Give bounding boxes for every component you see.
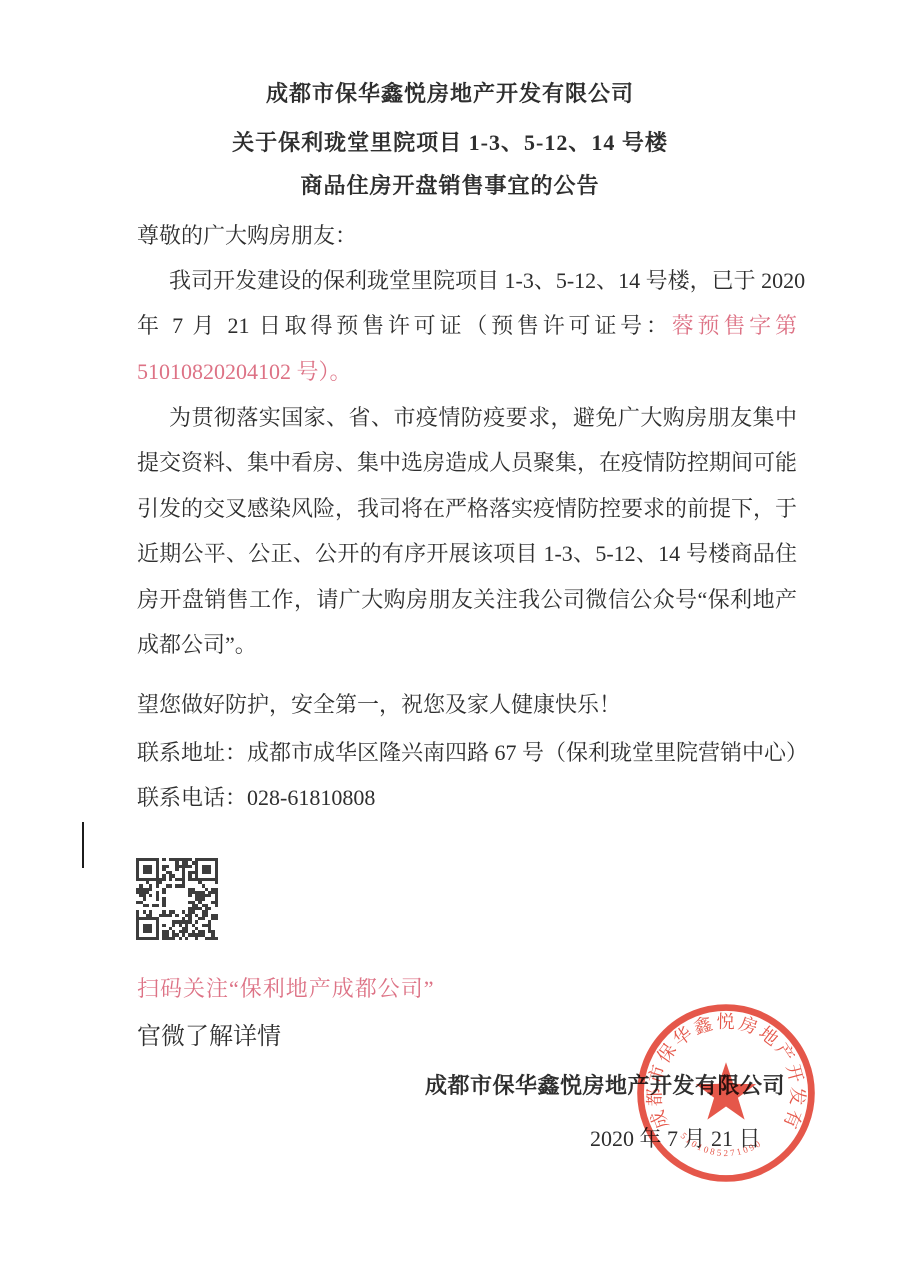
doc-title-subject: 商品住房开盘销售事宜的公告 [0, 172, 900, 200]
presale-license-number-part2: 51010820204102 号）。 [137, 358, 797, 386]
doc-title-company: 成都市保华鑫悦房地产开发有限公司 [0, 80, 900, 108]
para1-line1: 我司开发建设的保利珑堂里院项目 1-3、5-12、14 号楼，已于 2020 [137, 267, 797, 295]
salutation-line: 尊敬的广大购房朋友： [137, 222, 797, 250]
para2-line2: 提交资料、集中看房、集中选房造成人员聚集，在疫情防控期间可能 [137, 449, 797, 477]
announcement-document: 成都市保华鑫悦房地产开发有限公司 关于保利珑堂里院项目 1-3、5-12、14 … [0, 0, 900, 1272]
doc-title-project: 关于保利珑堂里院项目 1-3、5-12、14 号楼 [0, 129, 900, 157]
contact-phone: 联系电话：028-61810808 [137, 784, 797, 812]
para1-line2: 年 7 月 21 日取得预售许可证（预售许可证号：蓉预售字第 [137, 312, 797, 340]
presale-license-number-part1: 蓉预售字第 [672, 313, 797, 338]
para1-line2-black: 年 7 月 21 日取得预售许可证（预售许可证号： [137, 313, 672, 338]
para2-line6: 成都公司”。 [137, 631, 797, 659]
para2-line4: 近期公平、公正、公开的有序开展该项目 1-3、5-12、14 号楼商品住 [137, 540, 797, 568]
qr-detail-label: 官微了解详情 [137, 1022, 281, 1052]
para2-line5: 房开盘销售工作，请广大购房朋友关注我公司微信公众号“保利地产 [137, 586, 797, 614]
qr-scan-label: 扫码关注“保利地产成都公司” [137, 975, 435, 1003]
company-seal: 成都市保华鑫悦房地产开发有限公司 5101085271090 [630, 997, 822, 1189]
seal-number: 5101085271090 [679, 1131, 765, 1159]
qr-code [136, 858, 218, 940]
scan-artifact-line [82, 822, 84, 868]
seal-star-icon [696, 1062, 756, 1119]
seal-ring-text: 成都市保华鑫悦房地产开发有限公司 [630, 997, 808, 1134]
para2-line3: 引发的交叉感染风险，我司将在严格落实疫情防控要求的前提下，于 [137, 495, 797, 523]
para2-line1: 为贯彻落实国家、省、市疫情防疫要求，避免广大购房朋友集中 [137, 404, 797, 432]
wish-line: 望您做好防护，安全第一，祝您及家人健康快乐！ [137, 691, 797, 719]
contact-address: 联系地址：成都市成华区隆兴南四路 67 号（保利珑堂里院营销中心） [137, 739, 797, 767]
